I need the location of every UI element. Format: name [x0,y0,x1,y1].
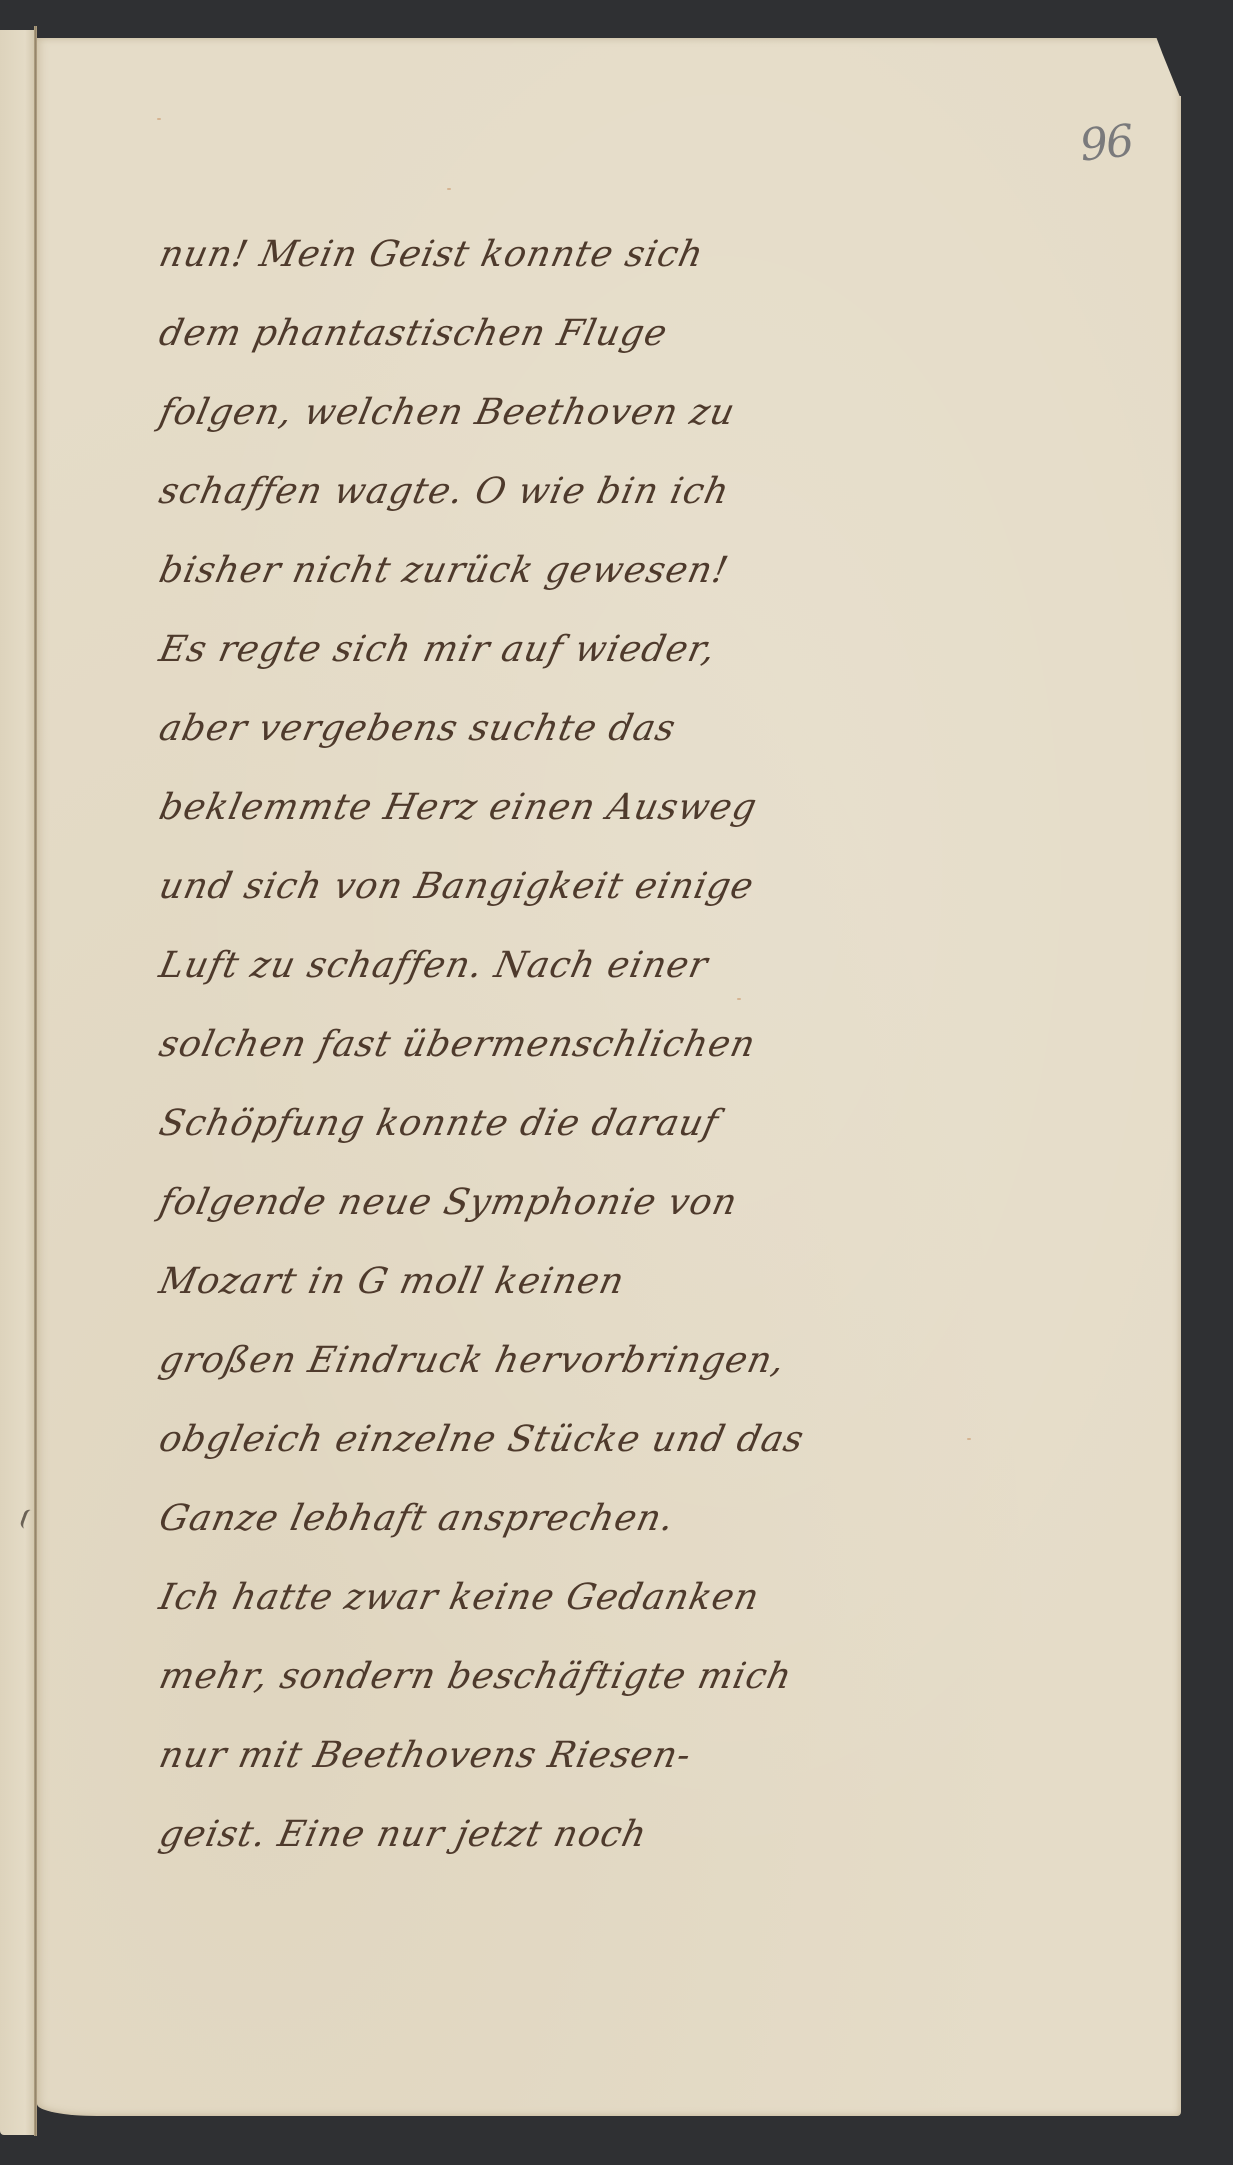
text-line: Ich hatte zwar keine Gedanken [152,1558,989,1637]
text-line: und sich von Bangigkeit einige [152,847,989,926]
text-line: Luft zu schaffen. Nach einer [152,926,989,1005]
text-line: folgen, welchen Beethoven zu [152,373,989,452]
text-line: mehr, sondern beschäftigte mich [152,1637,989,1716]
text-line: nur mit Beethovens Riesen- [152,1716,989,1795]
folio-number: 96 [1077,115,1134,171]
text-line: bisher nicht zurück gewesen! [152,531,989,610]
text-line: obgleich einzelne Stücke und das [152,1400,989,1479]
text-line: aber vergebens suchte das [152,689,989,768]
paper-speck [447,188,451,190]
text-line: großen Eindruck hervorbringen, [152,1321,989,1400]
text-line: dem phantastischen Fluge [152,294,989,373]
torn-corner [1149,36,1183,96]
paper-speck [157,118,161,120]
text-line: beklemmte Herz einen Ausweg [152,768,989,847]
text-line: Schöpfung konnte die darauf [152,1084,989,1163]
previous-page-edge [0,30,36,2135]
text-line: nun! Mein Geist konnte sich [152,215,989,294]
text-line: Mozart in G moll keinen [152,1242,989,1321]
text-line: schaffen wagte. O wie bin ich [152,452,989,531]
text-line: geist. Eine nur jetzt noch [152,1795,989,1874]
handwritten-text: nun! Mein Geist konnte sich dem phantast… [160,215,980,1874]
text-line: Ganze lebhaft ansprechen. [152,1479,989,1558]
text-line: Es regte sich mir auf wieder, [152,610,989,689]
text-line: folgende neue Symphonie von [152,1163,989,1242]
text-line: solchen fast übermenschlichen [152,1005,989,1084]
